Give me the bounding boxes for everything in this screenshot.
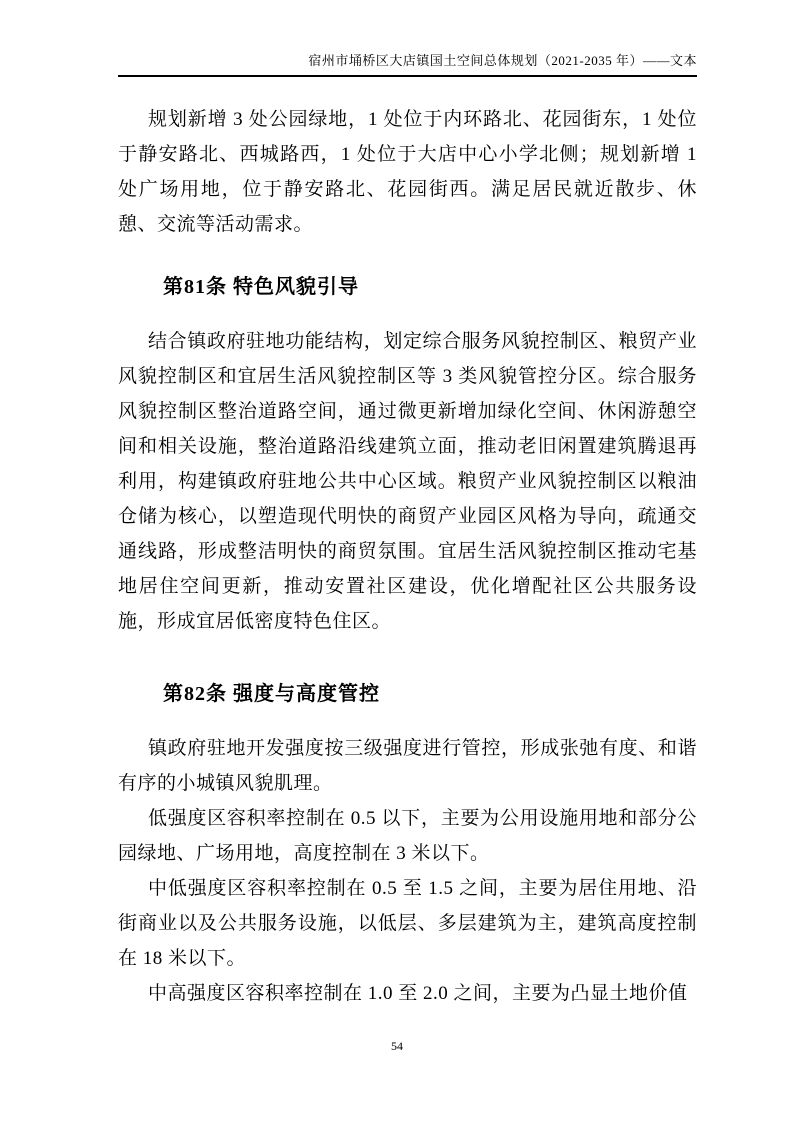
page-header: 宿州市埇桥区大店镇国土空间总体规划（2021-2035 年）——文本 (118, 52, 697, 77)
paragraph-park-green-space: 规划新增 3 处公园绿地，1 处位于内环路北、花园街东，1 处位于静安路北、西城… (118, 102, 697, 242)
page-number: 54 (391, 1039, 403, 1053)
paragraph-intensity-control-overview: 镇政府驻地开发强度按三级强度进行管控，形成张弛有度、和谐有序的小城镇风貌肌理。 (118, 731, 697, 801)
section-heading-article-81: 第81条 特色风貌引导 (163, 272, 697, 302)
document-page: 宿州市埇桥区大店镇国土空间总体规划（2021-2035 年）——文本 规划新增 … (0, 0, 794, 1123)
document-title: 宿州市埇桥区大店镇国土空间总体规划（2021-2035 年）——文本 (308, 53, 697, 68)
paragraph-mid-high-intensity-zone: 中高强度区容积率控制在 1.0 至 2.0 之间，主要为凸显土地价值 (118, 976, 697, 1011)
document-content: 规划新增 3 处公园绿地，1 处位于内环路北、花园街东，1 处位于静安路北、西城… (118, 102, 697, 1011)
paragraph-mid-low-intensity-zone: 中低强度区容积率控制在 0.5 至 1.5 之间，主要为居住用地、沿街商业以及公… (118, 871, 697, 976)
page-footer: 54 (0, 1038, 794, 1054)
paragraph-style-control-zones: 结合镇政府驻地功能结构，划定综合服务风貌控制区、粮贸产业风貌控制区和宜居生活风貌… (118, 324, 697, 639)
paragraph-low-intensity-zone: 低强度区容积率控制在 0.5 以下，主要为公用设施用地和部分公园绿地、广场用地，… (118, 801, 697, 871)
section-heading-article-82: 第82条 强度与高度管控 (163, 679, 697, 709)
